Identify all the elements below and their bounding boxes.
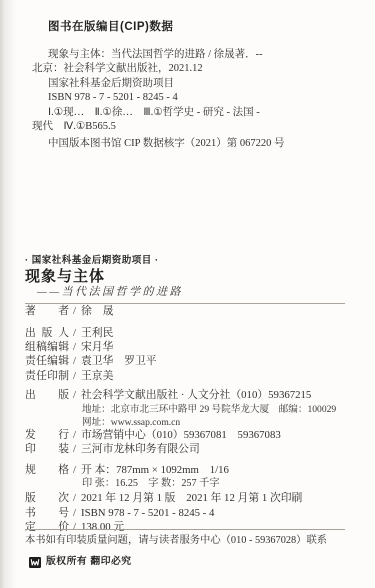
field-row-format: 规格/开 本：787mm × 1092mm 1/16	[25, 463, 355, 477]
field-row-responsible-editor: 责任编辑/袁卫华 罗卫平	[25, 354, 355, 368]
footer-divider	[25, 529, 345, 530]
field-separator: /	[69, 389, 81, 401]
field-row-price: 定价/138.00 元	[25, 520, 355, 534]
field-separator: /	[69, 370, 81, 382]
field-value: 社会科学文献出版社 · 人文分社（010）59367215	[81, 389, 311, 401]
field-label: 发行	[25, 429, 69, 443]
field-label: 著者	[25, 304, 69, 318]
copyright-row: 版权所有 翻印必究	[29, 553, 132, 567]
field-label: 组稿编辑	[25, 340, 69, 354]
field-value: 138.00 元	[81, 521, 124, 533]
field-label: 责任编辑	[25, 354, 69, 368]
field-label: 版次	[25, 491, 69, 505]
field-value: 宋月华	[81, 341, 113, 353]
format-sheets-words: 印 张：16.25 字 数：257 千字	[25, 477, 355, 491]
field-separator: /	[69, 443, 81, 455]
field-value: 2021 年 12 月第 1 版 2021 年 12 月第 1 次印刷	[81, 492, 302, 504]
author-group: 著者/徐 晟	[25, 304, 355, 318]
field-value: ISBN 978 - 7 - 5201 - 8245 - 4	[81, 507, 214, 519]
field-row-printing: 印装/三河市龙林印务有限公司	[25, 443, 355, 457]
field-label: 责任印制	[25, 369, 69, 383]
field-separator: /	[69, 327, 81, 339]
cip-line-publisher: 北京：社会科学文献出版社，2021.12	[32, 62, 352, 76]
cip-block: 图书在版编目(CIP)数据 现象与主体：当代法国哲学的进路 / 徐晟著．-- 北…	[32, 20, 352, 152]
project-badge: · 国家社科基金后期资助项目 ·	[25, 255, 345, 266]
book-subtitle: ——当代法国哲学的进路	[25, 286, 345, 299]
field-label: 规格	[25, 463, 69, 477]
publishing-group: 出版/社会科学文献出版社 · 人文分社（010）59367215 地址：北京市北…	[25, 389, 355, 457]
field-value: 开 本：787mm × 1092mm 1/16	[81, 464, 229, 476]
field-row-edition: 版次/2021 年 12 月第 1 版 2021 年 12 月第 1 次印刷	[25, 491, 355, 505]
publisher-website: 网址：www.ssap.com.cn	[25, 416, 355, 429]
field-value: 王利民	[81, 327, 113, 339]
specs-group: 规格/开 本：787mm × 1092mm 1/16 印 张：16.25 字 数…	[25, 463, 355, 534]
field-row-print-supervisor: 责任印制/王京美	[25, 369, 355, 383]
field-label: 定价	[25, 520, 69, 534]
field-label: 书号	[25, 506, 69, 520]
book-title: 现象与主体	[25, 268, 345, 285]
field-separator: /	[69, 464, 81, 476]
field-value: 三河市龙林印务有限公司	[81, 443, 200, 455]
field-row-commissioning-editor: 组稿编辑/宋月华	[25, 340, 355, 354]
cip-record-number: 中国版本图书馆 CIP 数据核字（2021）第 067220 号	[32, 137, 352, 151]
field-separator: /	[69, 492, 81, 504]
field-separator: /	[69, 305, 81, 317]
field-separator: /	[69, 355, 81, 367]
cip-line-project: 国家社科基金后期资助项目	[32, 77, 352, 91]
field-separator: /	[69, 341, 81, 353]
quality-note: 本书如有印装质量问题，请与读者服务中心（010 - 59367028）联系	[25, 534, 327, 548]
field-row-isbn: 书号/ISBN 978 - 7 - 5201 - 8245 - 4	[25, 506, 355, 520]
cip-heading: 图书在版编目(CIP)数据	[32, 20, 352, 34]
field-row-publisher-person: 出版人/王利民	[25, 326, 355, 340]
publisher-anti-piracy-seal-icon	[29, 555, 41, 566]
field-label: 印装	[25, 443, 69, 457]
field-label: 出版人	[25, 326, 69, 340]
field-value: 徐 晟	[81, 305, 113, 317]
copyright-page: 图书在版编目(CIP)数据 现象与主体：当代法国哲学的进路 / 徐晟著．-- 北…	[0, 0, 375, 588]
field-row-publisher: 出版/社会科学文献出版社 · 人文分社（010）59367215	[25, 389, 355, 403]
field-value: 市场营销中心（010）59367081 59367083	[81, 429, 281, 441]
field-separator: /	[69, 507, 81, 519]
field-value: 王京美	[81, 370, 113, 382]
cip-body: 现象与主体：当代法国哲学的进路 / 徐晟著．-- 北京：社会科学文献出版社，20…	[32, 48, 352, 152]
publisher-address: 地址：北京市北三环中路甲 29 号院华龙大厦 邮编：100029	[25, 403, 355, 416]
cip-line-isbn: ISBN 978 - 7 - 5201 - 8245 - 4	[32, 91, 352, 105]
field-separator: /	[69, 521, 81, 533]
field-row-author: 著者/徐 晟	[25, 304, 355, 318]
cip-line-classification: Ⅰ.①现… Ⅱ.①徐… Ⅲ.①哲学史 - 研究 - 法国 -	[32, 106, 352, 120]
field-separator: /	[69, 429, 81, 441]
field-row-distribution: 发行/市场营销中心（010）59367081 59367083	[25, 429, 355, 443]
credits-group: 出版人/王利民 组稿编辑/宋月华 责任编辑/袁卫华 罗卫平 责任印制/王京美	[25, 326, 355, 383]
copyright-notice: 版权所有 翻印必究	[46, 553, 132, 567]
field-label: 出版	[25, 389, 69, 403]
cip-line-classification-2: 现代 Ⅳ.①B565.5	[32, 120, 352, 134]
masthead: · 国家社科基金后期资助项目 · 现象与主体 ——当代法国哲学的进路	[25, 255, 345, 304]
field-value: 袁卫华 罗卫平	[81, 355, 157, 367]
cip-line-title: 现象与主体：当代法国哲学的进路 / 徐晟著．--	[32, 48, 352, 62]
